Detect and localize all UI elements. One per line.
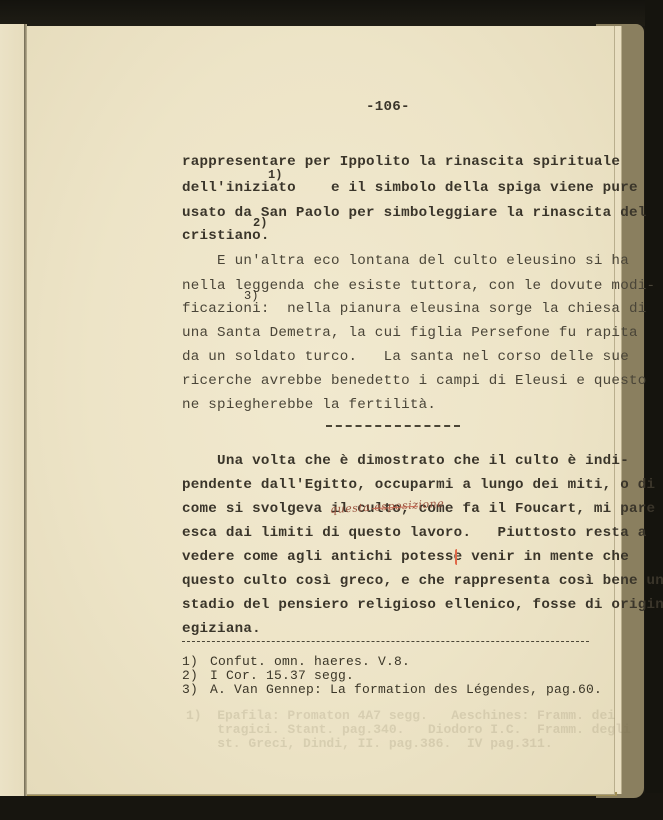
text-line: stadio del pensiero religioso ellenico, … bbox=[182, 597, 663, 613]
bleed-line: tragici. Stant. pag.340. Diodoro I.C. Fr… bbox=[186, 722, 631, 737]
footnote-marker: 2) bbox=[182, 669, 198, 683]
text-line: una Santa Demetra, la cui figlia Persefo… bbox=[182, 325, 638, 341]
text-line: usato da San Paolo per simboleggiare la … bbox=[182, 205, 647, 221]
bleed-line: st. Greci, Dindi, II. pag.386. IV pag.31… bbox=[186, 736, 553, 751]
text-line: E un'altra eco lontana del culto eleusin… bbox=[182, 253, 629, 269]
footnote-text: A. Van Gennep: La formation des Légendes… bbox=[210, 683, 602, 697]
text-line: questo culto così greco, e che rappresen… bbox=[182, 573, 663, 589]
bleed-line: 1) Epafila: Promaton 4A7 segg. Aeschines… bbox=[186, 708, 615, 723]
section-divider bbox=[326, 425, 460, 427]
text-line: pendente dall'Egitto, occuparmi a lungo … bbox=[182, 477, 655, 493]
text-line: ne spiegherebbe la fertilità. bbox=[182, 397, 436, 413]
text-line: esca dai limiti di questo lavoro. Piutto… bbox=[182, 525, 647, 541]
scan-background-bottom bbox=[0, 793, 663, 820]
footnote-marker: 1) bbox=[182, 655, 198, 669]
text-line: dell'iniziato e il simbolo della spiga v… bbox=[182, 180, 638, 196]
footnote-marker: 3) bbox=[182, 683, 198, 697]
text-line: ficazioni: nella pianura eleusina sorge … bbox=[182, 301, 647, 317]
scan-background-right bbox=[645, 0, 663, 820]
page-number: -106- bbox=[366, 99, 410, 115]
red-insertion-mark-icon bbox=[455, 549, 460, 565]
text-line: rappresentare per Ippolito la rinascita … bbox=[182, 154, 620, 170]
facing-page-edge bbox=[0, 24, 26, 796]
footnote-text: I Cor. 15.37 segg. bbox=[210, 669, 354, 683]
text-line: vedere come agli antichi potesse venir i… bbox=[182, 549, 629, 565]
text-line: da un soldato turco. La santa nel corso … bbox=[182, 349, 629, 365]
footnote-text: Confut. omn. haeres. V.8. bbox=[210, 655, 410, 669]
text-line: ricerche avrebbe benedetto i campi di El… bbox=[182, 373, 647, 389]
text-line: cristiano. bbox=[182, 228, 270, 244]
scan-background-top bbox=[0, 0, 663, 26]
text-line: egiziana. bbox=[182, 621, 261, 637]
footnote-separator bbox=[182, 641, 589, 642]
text-line: Una volta che è dimostrato che il culto … bbox=[182, 453, 629, 469]
